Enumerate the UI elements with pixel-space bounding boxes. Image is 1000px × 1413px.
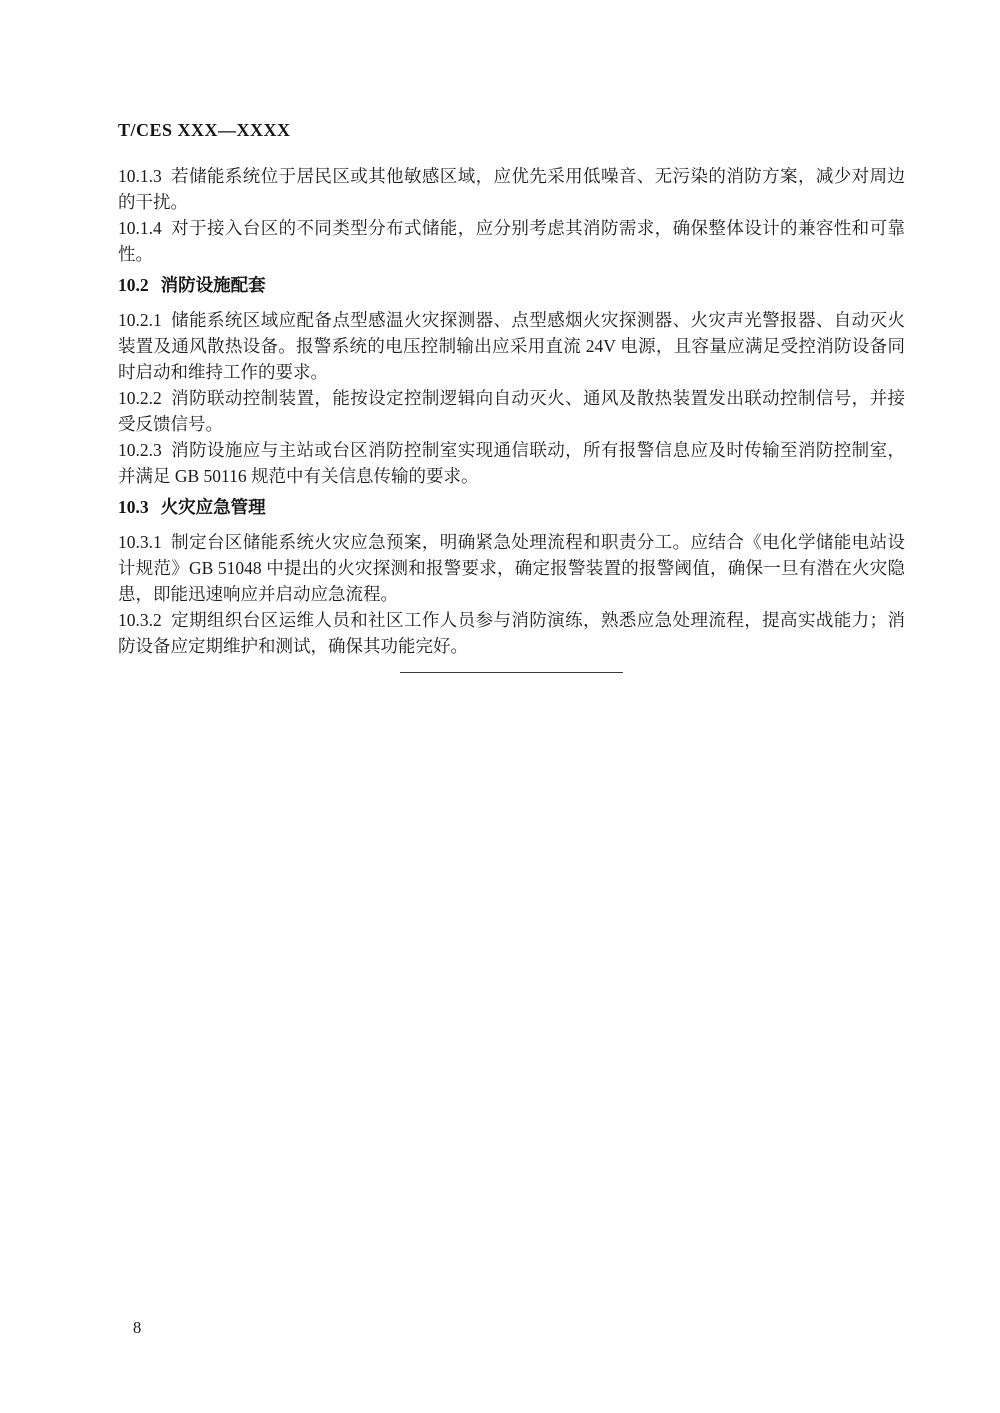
clause-10-1-3: 10.1.3若储能系统位于居民区或其他敏感区域，应优先采用低噪音、无污染的消防方… [118, 163, 905, 215]
page-number: 8 [133, 1318, 141, 1338]
clause-text: 若储能系统位于居民区或其他敏感区域，应优先采用低噪音、无污染的消防方案，减少对周… [118, 166, 905, 212]
clause-10-2-1: 10.2.1储能系统区域应配备点型感温火灾探测器、点型感烟火灾探测器、火灾声光警… [118, 307, 905, 385]
clause-number: 10.2.2 [118, 388, 162, 408]
clause-number: 10.3.1 [118, 532, 162, 552]
section-heading-10-2: 10.2消防设施配套 [118, 272, 905, 298]
clause-number: 10.2.3 [118, 440, 162, 460]
clause-text: 储能系统区域应配备点型感温火灾探测器、点型感烟火灾探测器、火灾声光警报器、自动灭… [118, 310, 905, 382]
standard-number-header: T/CES XXX—XXXX [118, 120, 905, 140]
section-number: 10.3 [118, 497, 149, 517]
clause-10-3-1: 10.3.1制定台区储能系统火灾应急预案，明确紧急处理流程和职责分工。应结合《电… [118, 529, 905, 607]
clause-10-2-3: 10.2.3消防设施应与主站或台区消防控制室实现通信联动，所有报警信息应及时传输… [118, 437, 905, 489]
end-of-document-rule [400, 672, 623, 673]
document-page: T/CES XXX—XXXX 10.1.3若储能系统位于居民区或其他敏感区域，应… [0, 0, 1000, 1413]
clause-number: 10.3.2 [118, 610, 162, 630]
section-heading-10-3: 10.3火灾应急管理 [118, 494, 905, 520]
clause-text: 对于接入台区的不同类型分布式储能，应分别考虑其消防需求，确保整体设计的兼容性和可… [118, 218, 905, 264]
document-content: T/CES XXX—XXXX 10.1.3若储能系统位于居民区或其他敏感区域，应… [118, 120, 905, 673]
section-title: 消防设施配套 [161, 275, 266, 295]
section-number: 10.2 [118, 275, 149, 295]
clause-text: 消防联动控制装置，能按设定控制逻辑向自动灭火、通风及散热装置发出联动控制信号，并… [118, 388, 905, 434]
clause-number: 10.2.1 [118, 310, 162, 330]
clause-10-1-4: 10.1.4对于接入台区的不同类型分布式储能，应分别考虑其消防需求，确保整体设计… [118, 215, 905, 267]
clause-number: 10.1.3 [118, 166, 162, 186]
clause-number: 10.1.4 [118, 218, 162, 238]
clause-text: 消防设施应与主站或台区消防控制室实现通信联动，所有报警信息应及时传输至消防控制室… [118, 440, 905, 486]
clause-10-3-2: 10.3.2定期组织台区运维人员和社区工作人员参与消防演练，熟悉应急处理流程，提… [118, 607, 905, 659]
section-title: 火灾应急管理 [161, 497, 266, 517]
clause-10-2-2: 10.2.2消防联动控制装置，能按设定控制逻辑向自动灭火、通风及散热装置发出联动… [118, 385, 905, 437]
clause-text: 定期组织台区运维人员和社区工作人员参与消防演练，熟悉应急处理流程，提高实战能力；… [118, 610, 905, 656]
clause-text: 制定台区储能系统火灾应急预案，明确紧急处理流程和职责分工。应结合《电化学储能电站… [118, 532, 905, 604]
document-body: 10.1.3若储能系统位于居民区或其他敏感区域，应优先采用低噪音、无污染的消防方… [118, 163, 905, 673]
